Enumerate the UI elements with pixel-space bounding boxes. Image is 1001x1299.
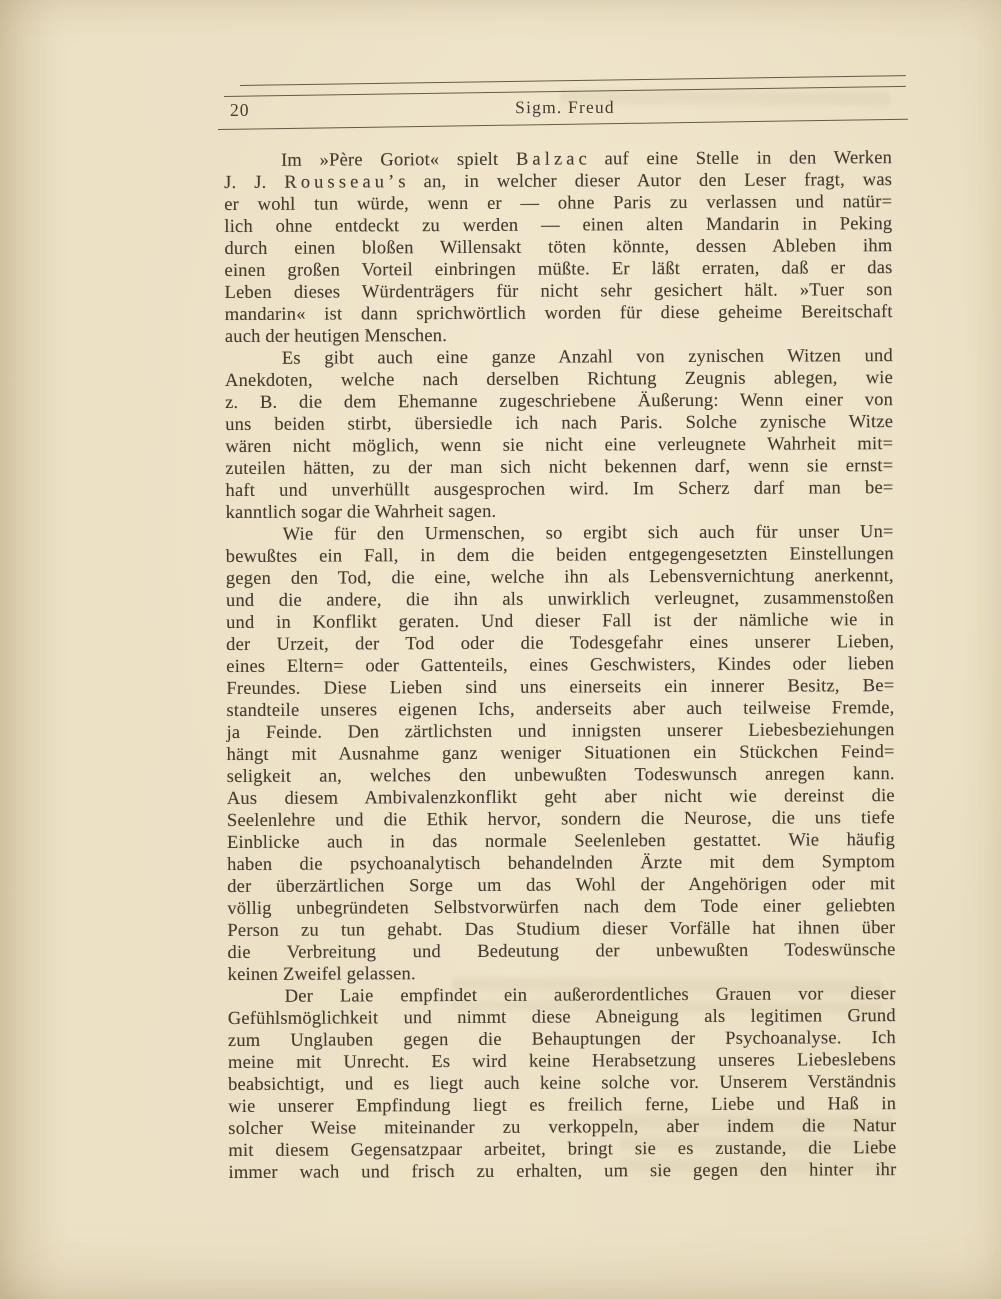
text-line: einen großen Vorteil einbringen müßte. E… xyxy=(224,257,892,282)
text-line: Gefühlsmöglichkeit und nimmt diese Abnei… xyxy=(228,1005,896,1030)
text-line: standteile unseres eigenen Ichs, anderse… xyxy=(226,697,894,722)
text-line: Person zu tun gehabt. Das Studium dieser… xyxy=(227,917,895,942)
text-line: eines Eltern= oder Gattenteils, eines Ge… xyxy=(226,653,894,678)
text-line: durch einen bloßen Willensakt töten könn… xyxy=(224,235,892,260)
scanned-book-page: 20 Sigm. Freud Im »Père Goriot« spielt B… xyxy=(0,0,1001,1299)
text-line: haft und unverhüllt ausgesprochen wird. … xyxy=(225,477,893,502)
text-line: Wie für den Urmenschen, so ergibt sich a… xyxy=(226,521,894,546)
text-line: Anekdoten, welche nach derselben Richtun… xyxy=(225,367,893,392)
header-rule-top-outer xyxy=(240,75,906,86)
text-line: haben die psychoanalytisch behandelnden … xyxy=(227,851,895,876)
text-line: Der Laie empfindet ein außerordentliches… xyxy=(228,983,896,1008)
text-line: gegen den Tod, die eine, welche ihn als … xyxy=(226,565,894,590)
text-line: Seelenlehre und die Ethik hervor, sonder… xyxy=(227,807,895,832)
text-block: Im »Père Goriot« spielt B a l z a c auf … xyxy=(224,147,897,1184)
running-header-title: Sigm. Freud xyxy=(224,96,906,119)
text-line: mit diesem Gegensatzpaar arbeitet, bring… xyxy=(228,1137,896,1162)
text-line: solcher Weise miteinander zu verkoppeln,… xyxy=(228,1115,896,1140)
text-line: er wohl tun würde, wenn er — ohne Paris … xyxy=(224,191,892,216)
text-line: auch der heutigen Menschen. xyxy=(225,323,893,348)
text-line: kanntlich sogar die Wahrheit sagen. xyxy=(226,499,894,524)
text-line: beabsichtigt, und es liegt auch keine so… xyxy=(228,1071,896,1096)
text-line: Im »Père Goriot« spielt B a l z a c auf … xyxy=(224,147,892,172)
text-line: Freundes. Diese Lieben sind uns einersei… xyxy=(226,675,894,700)
text-line: Einblicke auch in das normale Seelenlebe… xyxy=(227,829,895,854)
text-line: völlig unbegründeten Selbstvorwürfen nac… xyxy=(227,895,895,920)
text-line: bewußtes ein Fall, in dem die beiden ent… xyxy=(226,543,894,568)
text-line: die Verbreitung und Bedeutung der unbewu… xyxy=(227,939,895,964)
text-line: meine mit Unrecht. Es wird keine Herabse… xyxy=(228,1049,896,1074)
text-line: Aus diesem Ambivalenzkonflikt geht aber … xyxy=(227,785,895,810)
text-line: wie unserer Empfindung liegt es freilich… xyxy=(228,1093,896,1118)
text-line: zuteilen hätten, zu der man sich nicht b… xyxy=(225,455,893,480)
text-line: keinen Zweifel gelassen. xyxy=(228,961,896,986)
text-line: z. B. die dem Ehemanne zugeschriebene Äu… xyxy=(225,389,893,414)
text-line: ja Feinde. Den zärtlichsten und innigste… xyxy=(226,719,894,744)
header-rule-bottom xyxy=(218,119,908,130)
text-line: der Urzeit, der Tod oder die Todesgefahr… xyxy=(226,631,894,656)
text-line: immer wach und frisch zu erhalten, um si… xyxy=(228,1159,896,1184)
text-line: mandarin« ist dann sprichwörtlich worden… xyxy=(225,301,893,326)
text-line: und die andere, die ihn als unwirklich v… xyxy=(226,587,894,612)
text-line: hängt mit Ausnahme ganz weniger Situatio… xyxy=(227,741,895,766)
text-line: Leben dieses Würdenträgers für nicht seh… xyxy=(225,279,893,304)
text-line: Es gibt auch eine ganze Anzahl von zynis… xyxy=(225,345,893,370)
text-line: uns beiden stirbt, übersiedle ich nach P… xyxy=(225,411,893,436)
text-line: seligkeit an, welches den unbewußten Tod… xyxy=(227,763,895,788)
text-line: zum Unglauben gegen die Behauptungen der… xyxy=(228,1027,896,1052)
text-line: wären nicht möglich, wenn sie nicht eine… xyxy=(225,433,893,458)
text-line: der überzärtlichen Sorge um das Wohl der… xyxy=(227,873,895,898)
text-line: und in Konflikt geraten. Und dieser Fall… xyxy=(226,609,894,634)
text-line: lich ohne entdeckt zu werden — einen alt… xyxy=(224,213,892,238)
text-line: J. J. R o u s s e a u ’ s an, in welcher… xyxy=(224,169,892,194)
